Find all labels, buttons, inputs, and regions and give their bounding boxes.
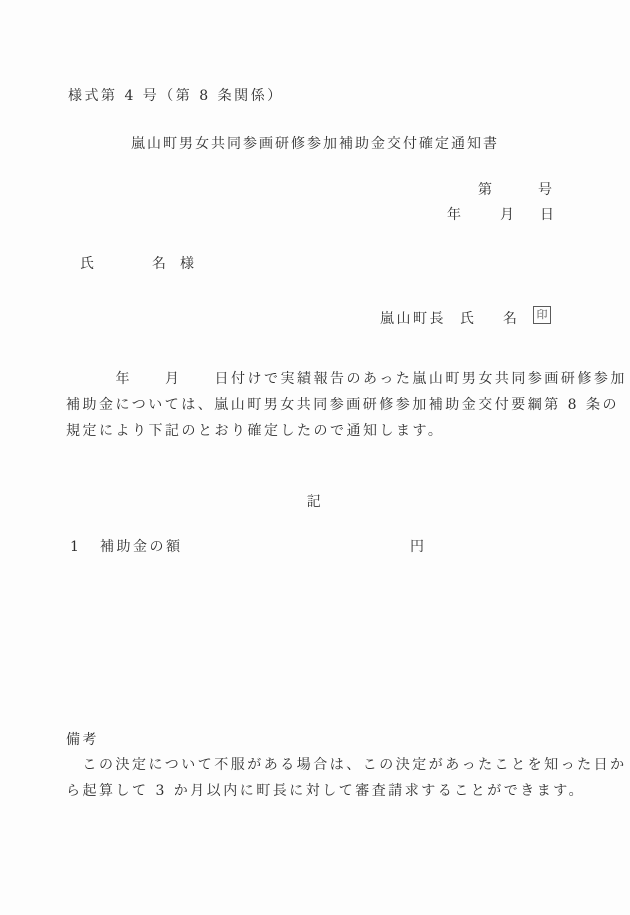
date-year-label: 年 <box>447 207 464 223</box>
item-number: 1 <box>70 539 79 555</box>
remarks-paragraph: この決定について不服がある場合は、この決定があったことを知った日か ら起算して … <box>66 753 627 804</box>
item-label: 補助金の額 <box>100 539 183 555</box>
body-line-3: 規定により下記のとおり確定したので通知します。 <box>66 418 627 444</box>
sender-name-right-label: 名 <box>503 311 520 327</box>
remarks-heading: 備考 <box>66 732 99 748</box>
remarks-line-2: ら起算して 3 か月以内に町長に対して審査請求することができます。 <box>66 779 627 805</box>
addressee-name-left-label: 氏 <box>80 256 97 272</box>
body-line-1: 年 月 日付けで実績報告のあった嵐山町男女共同参画研修参加 <box>66 366 627 392</box>
date-month-label: 月 <box>500 207 517 223</box>
notification-document-page: 様式第 4 号（第 8 条関係） 嵐山町男女共同参画研修参加補助金交付確定通知書… <box>0 0 630 915</box>
doc-number-suffix: 号 <box>538 182 555 198</box>
record-heading: 記 <box>0 494 630 510</box>
body-line-2: 補助金については、嵐山町男女共同参画研修参加補助金交付要綱第 8 条の <box>66 392 627 418</box>
date-day-label: 日 <box>540 207 557 223</box>
body-paragraph: 年 月 日付けで実績報告のあった嵐山町男女共同参画研修参加 補助金については、嵐… <box>66 366 627 444</box>
addressee-honorific: 様 <box>180 256 197 272</box>
seal-stamp-mark: 印 <box>533 306 551 324</box>
remarks-line-1: この決定について不服がある場合は、この決定があったことを知った日か <box>66 753 627 779</box>
item-unit-label: 円 <box>410 539 427 555</box>
doc-number-prefix: 第 <box>478 182 495 198</box>
document-title: 嵐山町男女共同参画研修参加補助金交付確定通知書 <box>0 136 630 152</box>
addressee-name-right-label: 名 <box>152 256 169 272</box>
form-number: 様式第 4 号（第 8 条関係） <box>68 88 284 104</box>
sender-title: 嵐山町長 <box>380 311 446 327</box>
sender-name-left-label: 氏 <box>460 311 477 327</box>
